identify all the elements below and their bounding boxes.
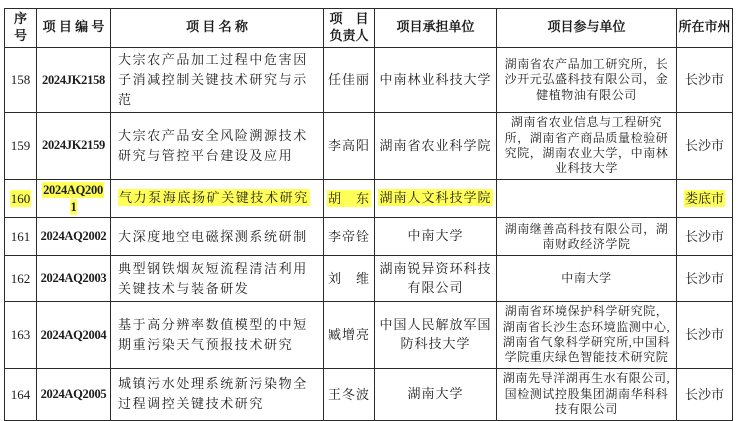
cell-project_name: 基于高分辨率数值模型的中短期重污染天气预报技术研究 — [111, 302, 324, 368]
cell-leader: 刘 维 — [324, 256, 375, 302]
cell-index: 160 — [5, 179, 37, 218]
cell-index: 163 — [5, 302, 37, 368]
cell-city: 娄底市 — [677, 179, 733, 218]
cell-text: 2024AQ2001 — [42, 182, 104, 215]
column-header-leader: 项 目 负责人 — [324, 9, 375, 48]
column-header-participants: 项目参与单位 — [497, 9, 677, 48]
cell-text: 长沙市 — [685, 271, 724, 286]
table-row-164: 1642024AQ2005城镇污水处理系统新污染物全过程调控关键技术研究王冬波湖… — [5, 368, 733, 404]
cell-text: 长沙市 — [685, 327, 724, 342]
cell-text: 湖南省环境保护科学研究院，湖南省长沙生态环境监测中心,湖南省气象科学研究所,中国… — [503, 304, 670, 364]
cell-text: 湖南省农产品加工研究所，长沙开元弘盛科技有限公司，金健植物油有限公司 — [505, 57, 669, 102]
cell-city: 长沙市 — [677, 47, 733, 112]
cell-leader: 李高阳 — [324, 113, 375, 179]
header-row: 序 号项 目 编 号项 目 名 称项 目 负责人项目承担单位项目参与单位所在市州 — [5, 9, 733, 48]
cell-undertaking: 中南林业科技大学 — [375, 47, 497, 112]
cell-text: 任佳丽 — [328, 72, 370, 87]
cell-text: 163 — [11, 327, 31, 342]
cell-text: 臧增亮 — [328, 327, 370, 342]
cell-text: 湖南继善高科技有限公司，湖南财政经济学院 — [505, 222, 669, 251]
cell-city: 长沙市 — [677, 368, 733, 404]
table-row-161: 1612024AQ2002大深度地空电磁探测系统研制李帝铨中南大学湖南继善高科技… — [5, 218, 733, 256]
cell-text: 2024JK2159 — [42, 138, 105, 152]
cell-text: 湖南先导洋湖再生水有限公司,国检测试控股集团湖南华科科技有限公司 — [503, 371, 670, 404]
cell-text: 李高阳 — [328, 138, 370, 153]
cell-text: 161 — [11, 229, 31, 244]
cell-text: 159 — [11, 138, 31, 153]
cell-project_id: 2024AQ2001 — [37, 179, 111, 218]
cell-text: 长沙市 — [685, 72, 724, 87]
cell-participants — [497, 179, 677, 218]
cell-leader: 胡 东 — [324, 179, 375, 218]
cell-text: 2024AQ2003 — [41, 271, 107, 285]
projects-table: 序 号项 目 编 号项 目 名 称项 目 负责人项目承担单位项目参与单位所在市州… — [4, 8, 733, 404]
cell-city: 长沙市 — [677, 256, 733, 302]
cell-participants: 湖南先导洋湖再生水有限公司,国检测试控股集团湖南华科科技有限公司 — [497, 368, 677, 404]
column-header-project_id: 项 目 编 号 — [37, 9, 111, 48]
table-row-163: 1632024AQ2004基于高分辨率数值模型的中短期重污染天气预报技术研究臧增… — [5, 302, 733, 368]
cell-text: 长沙市 — [685, 138, 724, 153]
cell-text: 大宗农产品加工过程中危害因子消减控制关键技术研究与示范 — [118, 52, 308, 107]
cell-project_id: 2024JK2159 — [37, 113, 111, 179]
cell-undertaking: 湖南锐异资环科技有限公司 — [375, 256, 497, 302]
cell-index: 159 — [5, 113, 37, 179]
column-header-undertaking: 项目承担单位 — [375, 9, 497, 48]
cell-city: 长沙市 — [677, 218, 733, 256]
cell-text: 2024AQ2004 — [41, 328, 107, 342]
table-row-158: 1582024JK2158大宗农产品加工过程中危害因子消减控制关键技术研究与示范… — [5, 47, 733, 112]
table-row-159: 1592024JK2159大宗农产品安全风险溯源技术研究与管控平台建设及应用李高… — [5, 113, 733, 179]
cell-project_id: 2024AQ2002 — [37, 218, 111, 256]
cell-project_name: 大宗农产品加工过程中危害因子消减控制关键技术研究与示范 — [111, 47, 324, 112]
column-header-city: 所在市州 — [677, 9, 733, 48]
cell-text: 大宗农产品安全风险溯源技术研究与管控平台建设及应用 — [118, 128, 308, 163]
cell-text: 胡 东 — [327, 190, 371, 207]
cell-text: 中南大学 — [407, 228, 463, 243]
cell-participants: 湖南继善高科技有限公司，湖南财政经济学院 — [497, 218, 677, 256]
cell-project_name: 典型钢铁烟灰短流程清洁利用关键技术与装备研发 — [111, 256, 324, 302]
cell-participants: 中南大学 — [497, 256, 677, 302]
cell-leader: 臧增亮 — [324, 302, 375, 368]
cell-index: 164 — [5, 368, 37, 404]
cell-project_name: 气力泵海底扬矿关键技术研究 — [111, 179, 324, 218]
cell-text: 2024AQ2005 — [41, 387, 107, 401]
cell-leader: 李帝铨 — [324, 218, 375, 256]
cell-text: 湖南大学 — [407, 386, 463, 401]
table-body: 1582024JK2158大宗农产品加工过程中危害因子消减控制关键技术研究与示范… — [5, 47, 733, 404]
cell-text: 湖南锐异资环科技有限公司 — [379, 261, 491, 295]
cell-participants: 湖南省农产品加工研究所，长沙开元弘盛科技有限公司，金健植物油有限公司 — [497, 47, 677, 112]
cell-city: 长沙市 — [677, 113, 733, 179]
cell-project_id: 2024AQ2004 — [37, 302, 111, 368]
cell-undertaking: 湖南省农业科学院 — [375, 113, 497, 179]
cell-leader: 王冬波 — [324, 368, 375, 404]
cell-project_name: 城镇污水处理系统新污染物全过程调控关键技术研究 — [111, 368, 324, 404]
cell-index: 162 — [5, 256, 37, 302]
cell-undertaking: 湖南大学 — [375, 368, 497, 404]
cell-text: 164 — [11, 387, 31, 402]
projects-table-container: 序 号项 目 编 号项 目 名 称项 目 负责人项目承担单位项目参与单位所在市州… — [4, 8, 733, 404]
cell-text: 2024JK2158 — [42, 73, 105, 87]
cell-city: 长沙市 — [677, 302, 733, 368]
cell-project_name: 大深度地空电磁探测系统研制 — [111, 218, 324, 256]
cell-text: 160 — [10, 190, 32, 207]
cell-undertaking: 中南大学 — [375, 218, 497, 256]
cell-text: 长沙市 — [685, 229, 724, 244]
cell-text: 湖南省农业科学院 — [379, 138, 491, 153]
cell-text: 典型钢铁烟灰短流程清洁利用关键技术与装备研发 — [118, 261, 308, 296]
cell-undertaking: 中国人民解放军国防科技大学 — [375, 302, 497, 368]
cell-text: 大深度地空电磁探测系统研制 — [118, 229, 308, 244]
cell-text: 王冬波 — [328, 387, 370, 402]
cell-text: 2024AQ2002 — [41, 229, 107, 243]
cell-project_id: 2024AQ2005 — [37, 368, 111, 404]
cell-text: 162 — [11, 271, 31, 286]
column-header-index: 序 号 — [5, 9, 37, 48]
column-header-project_name: 项 目 名 称 — [111, 9, 324, 48]
cell-text: 中国人民解放军国防科技大学 — [379, 317, 491, 351]
cell-leader: 任佳丽 — [324, 47, 375, 112]
cell-text: 基于高分辨率数值模型的中短期重污染天气预报技术研究 — [118, 317, 308, 352]
cell-index: 161 — [5, 218, 37, 256]
cell-text: 刘 维 — [328, 271, 370, 286]
cell-text: 李帝铨 — [328, 229, 370, 244]
cell-participants: 湖南省环境保护科学研究院，湖南省长沙生态环境监测中心,湖南省气象科学研究所,中国… — [497, 302, 677, 368]
table-header: 序 号项 目 编 号项 目 名 称项 目 负责人项目承担单位项目参与单位所在市州 — [5, 9, 733, 48]
cell-text: 158 — [11, 72, 31, 87]
cell-participants: 湖南省农业信息与工程研究所，湖南省产商品质量检验研究院，湖南农业大学，中南林业科… — [497, 113, 677, 179]
cell-text: 长沙市 — [685, 387, 724, 402]
cell-project_name: 大宗农产品安全风险溯源技术研究与管控平台建设及应用 — [111, 113, 324, 179]
cell-text: 湖南省农业信息与工程研究所，湖南省产商品质量检验研究院，湖南农业大学，中南林业科… — [505, 115, 669, 175]
cell-text: 中南大学 — [561, 271, 611, 285]
cell-project_id: 2024AQ2003 — [37, 256, 111, 302]
cell-undertaking: 湖南人文科技学院 — [375, 179, 497, 218]
cell-project_id: 2024JK2158 — [37, 47, 111, 112]
cell-text: 气力泵海底扬矿关键技术研究 — [118, 189, 310, 206]
cell-text: 湖南人文科技学院 — [378, 189, 492, 206]
cell-text: 城镇污水处理系统新污染物全过程调控关键技术研究 — [118, 376, 308, 404]
cell-text: 中南林业科技大学 — [379, 72, 491, 87]
table-row-160: 1602024AQ2001气力泵海底扬矿关键技术研究胡 东湖南人文科技学院娄底市 — [5, 179, 733, 218]
cell-index: 158 — [5, 47, 37, 112]
table-row-162: 1622024AQ2003典型钢铁烟灰短流程清洁利用关键技术与装备研发刘 维湖南… — [5, 256, 733, 302]
cell-text: 娄底市 — [684, 190, 725, 207]
